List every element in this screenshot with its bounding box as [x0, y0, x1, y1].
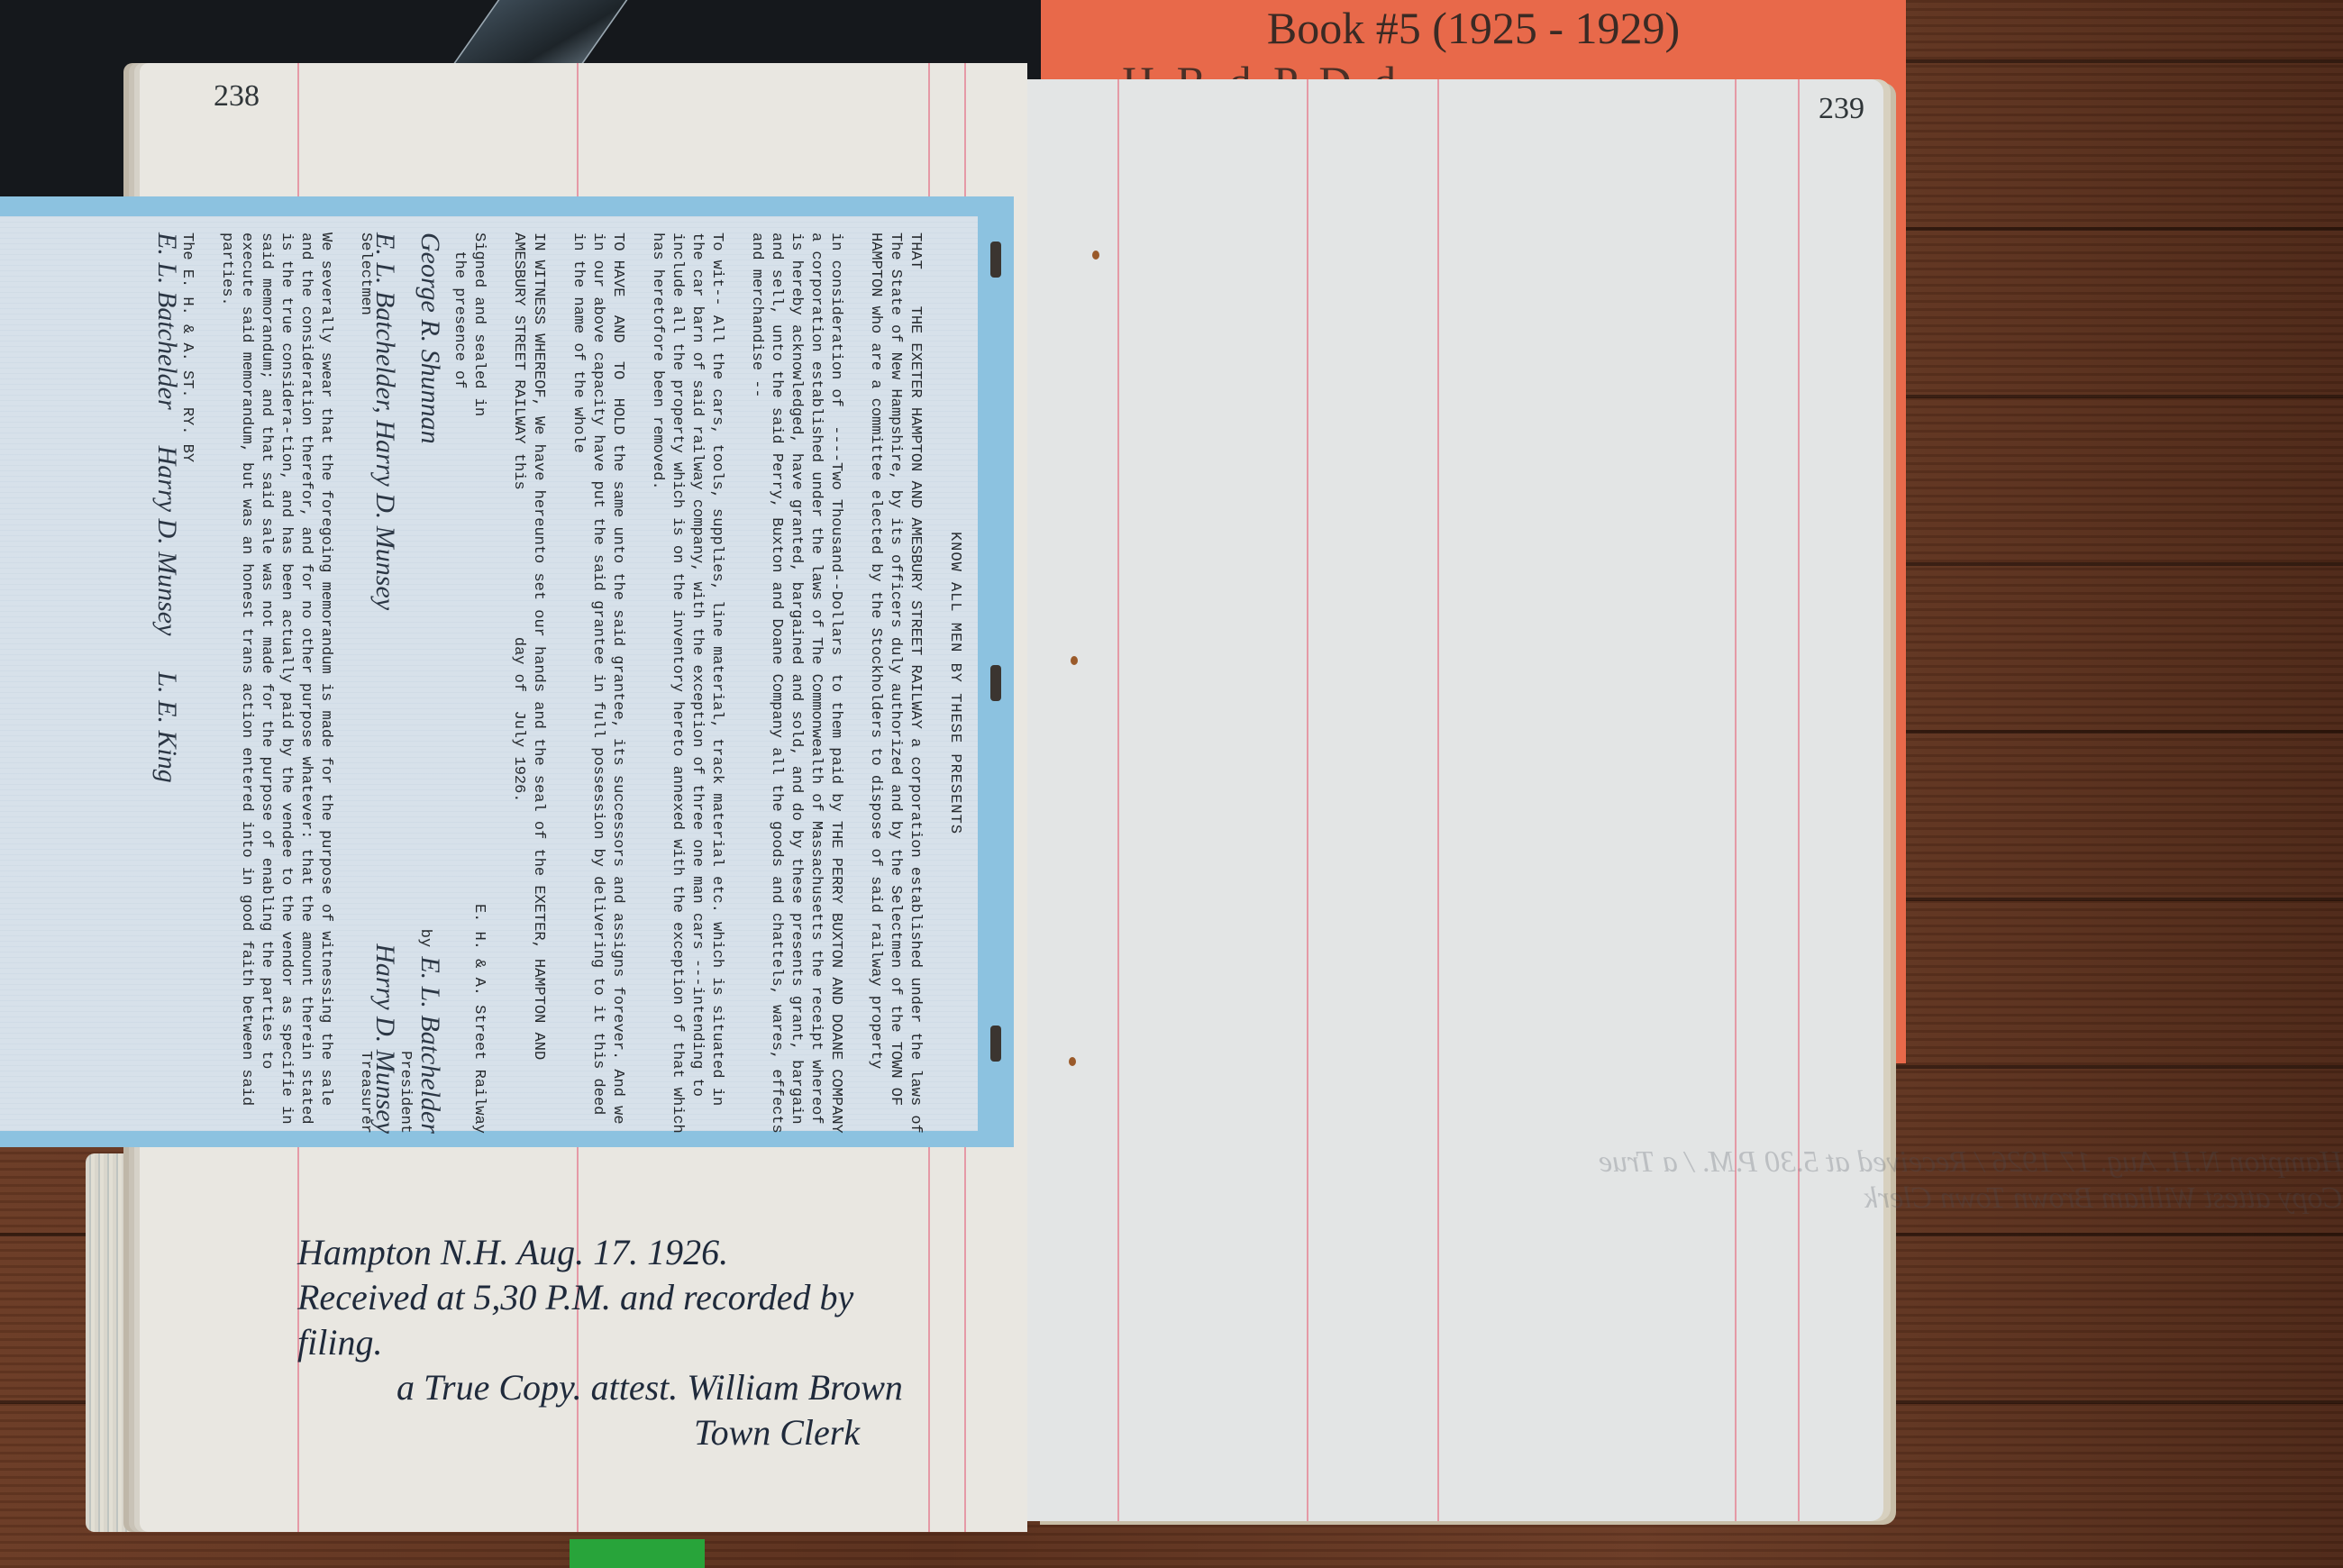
paper-fastener-icon — [990, 1026, 1001, 1062]
note-line-clerk: Town Clerk — [297, 1410, 903, 1455]
page-number-left: 238 — [214, 79, 260, 114]
affiant-signature: E. L. Batchelder — [157, 232, 177, 410]
treasurer-signature: Harry D. Munsey — [375, 944, 395, 1134]
selectmen-label: Selectmen — [355, 232, 375, 315]
ledger-right-page: 239 — [1027, 79, 1883, 1521]
deed-paragraph: in consideration of ----Two Thousand--Do… — [746, 232, 845, 1134]
affidavit-text: We severally swear that the foregoing me… — [216, 232, 335, 1134]
ledger-rule-line — [1798, 79, 1800, 1521]
company-block: E. H. & A. Street Railway — [449, 904, 488, 1134]
treasurer-label: Treasurer — [355, 1051, 375, 1134]
ink-bleedthrough: Hampton N.H. Aug. 17 1926 / Received at … — [1532, 1144, 2343, 1217]
book-label-title: Book #5 (1925 - 1929) — [1041, 2, 1906, 54]
signed-in-presence-label: Signed and sealed in the presence of — [449, 232, 488, 416]
deed-heading: KNOW ALL MEN BY THESE PRESENTS — [944, 232, 964, 1134]
deed-paragraph: IN WITNESS WHEREOF, We have hereunto set… — [508, 232, 548, 1134]
recording-note: Hampton N.H. Aug. 17. 1926. Received at … — [297, 1230, 903, 1455]
ledger-rule-line — [1735, 79, 1737, 1521]
green-ribbon-bookmark — [570, 1539, 705, 1568]
selectmen-signatures: E. L. Batchelder, Harry D. Munsey — [375, 232, 395, 610]
note-line-received: Received at 5,30 P.M. and recorded by — [297, 1275, 903, 1320]
pasted-deed-document: KNOW ALL MEN BY THESE PRESENTS THAT THE … — [0, 196, 1014, 1147]
deed-paragraph: To wit-- All the cars, tools, supplies, … — [647, 232, 726, 1134]
paper-fastener-icon — [990, 665, 1001, 701]
note-line-place-date: Hampton N.H. Aug. 17. 1926. — [297, 1230, 903, 1275]
deed-paragraph: THAT THE EXETER HAMPTON AND AMESBURY STR… — [865, 232, 925, 1134]
note-line-filing: filing. — [297, 1320, 903, 1365]
note-line-attest: a True Copy. attest. William Brown — [297, 1365, 903, 1410]
ledger-rule-line — [1307, 79, 1308, 1521]
by-label: by — [416, 929, 433, 947]
ink-stain — [1069, 1057, 1076, 1066]
page-number-right: 239 — [1819, 92, 1864, 126]
paper-fastener-icon — [990, 242, 1001, 278]
deed-paragraph: TO HAVE AND TO HOLD the same unto the sa… — [568, 232, 627, 1134]
affiant-signature: Harry D. Munsey — [157, 446, 177, 636]
deed-typed-text: KNOW ALL MEN BY THESE PRESENTS THAT THE … — [157, 232, 964, 1134]
president-signature: E. L. Batchelder — [415, 956, 445, 1134]
ink-stain — [1092, 251, 1099, 260]
ledger-rule-line — [1437, 79, 1439, 1521]
witness-signature: George R. Shunnan — [415, 232, 440, 444]
affiant-signature: L. E. King — [157, 671, 177, 782]
ink-stain — [1071, 656, 1078, 665]
ledger-rule-line — [1117, 79, 1119, 1521]
